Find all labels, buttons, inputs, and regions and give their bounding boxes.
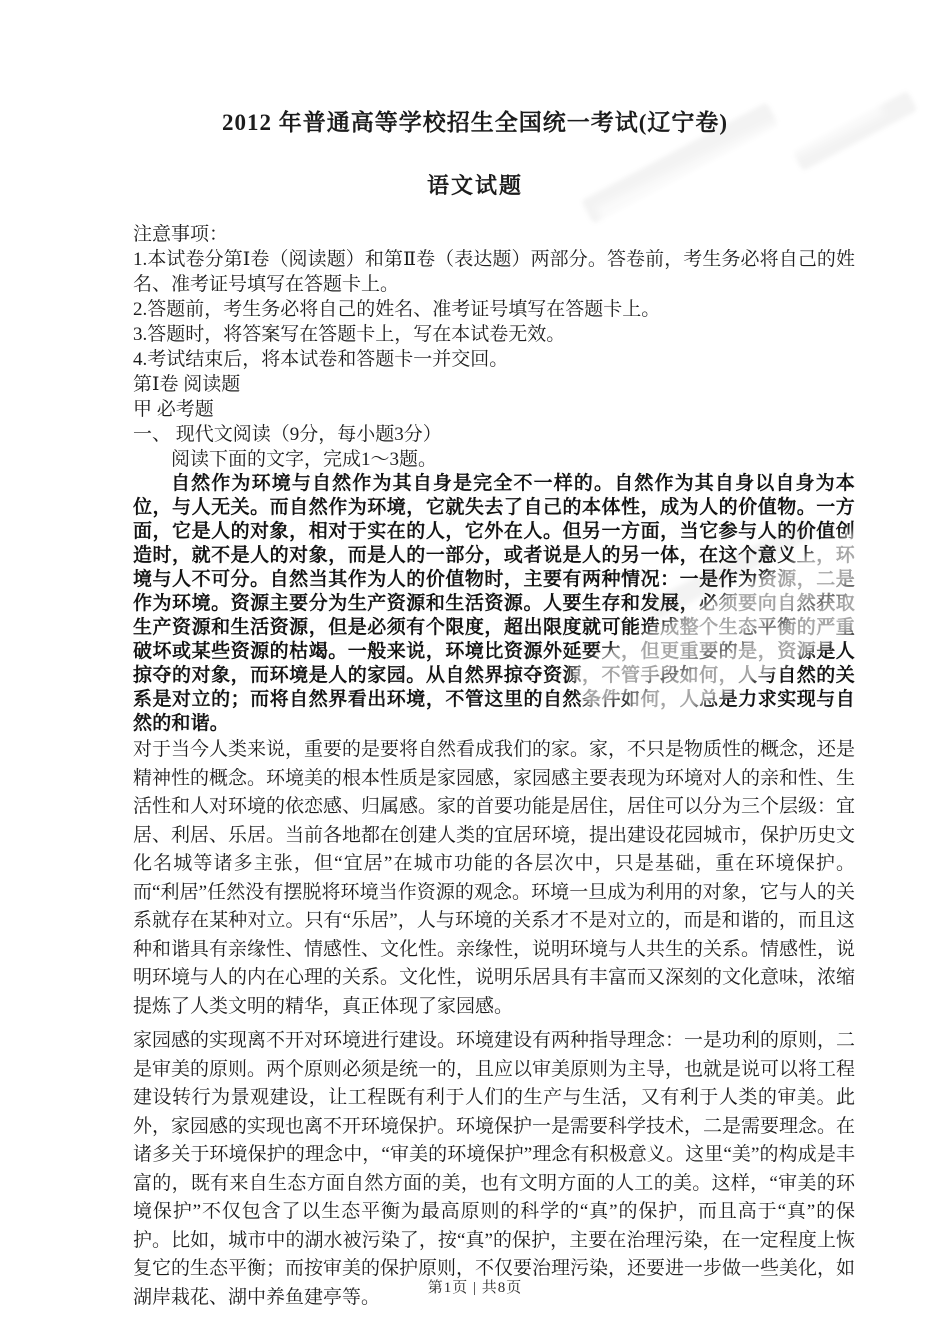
- section-heading: 一、 现代文阅读（9分，每小题3分）: [133, 422, 855, 447]
- notice-item: 3.答题时，将答案写在答题卡上，写在本试卷无效。: [133, 322, 855, 347]
- notice-block: 注意事项： 1.本试卷分第Ⅰ卷（阅读题）和第Ⅱ卷（表达题）两部分。答卷前，考生务…: [133, 222, 855, 372]
- notice-item: 1.本试卷分第Ⅰ卷（阅读题）和第Ⅱ卷（表达题）两部分。答卷前，考生务必将自己的姓…: [133, 247, 855, 297]
- reading-instruction: 阅读下面的文字，完成1～3题。: [133, 447, 855, 472]
- document-body: 注意事项： 1.本试卷分第Ⅰ卷（阅读题）和第Ⅱ卷（表达题）两部分。答卷前，考生务…: [133, 222, 855, 1312]
- notice-item: 2.答题前，考生务必将自己的姓名、准考证号填写在答题卡上。: [133, 297, 855, 322]
- page-indicator: 第1页 | 共8页: [428, 1280, 523, 1296]
- notice-heading: 注意事项：: [133, 222, 855, 247]
- passage-paragraph-bold: 自然作为环境与自然作为其自身是完全不一样的。自然作为其自身以自身为本位，与人无关…: [133, 472, 855, 736]
- volume-heading: 第Ⅰ卷 阅读题: [133, 372, 855, 397]
- exam-subtitle: 语文试题: [0, 172, 950, 200]
- part-heading: 甲 必考题: [133, 397, 855, 422]
- exam-title: 2012 年普通高等学校招生全国统一考试(辽宁卷): [0, 108, 950, 138]
- exam-paper-page: 2012 年普通高等学校招生全国统一考试(辽宁卷) 语文试题 注意事项： 1.本…: [0, 0, 950, 1344]
- page-header: 2012 年普通高等学校招生全国统一考试(辽宁卷) 语文试题: [0, 0, 950, 200]
- passage-paragraph: 对于当今人类来说，重要的是要将自然看成我们的家。家，不只是物质性的概念，还是精神…: [133, 736, 855, 1021]
- page-footer: 第1页 | 共8页: [0, 1276, 950, 1297]
- notice-item: 4.考试结束后，将本试卷和答题卡一并交回。: [133, 347, 855, 372]
- passage-paragraph: 家园感的实现离不开对环境进行建设。环境建设有两种指导理念：一是功利的原则，二是审…: [133, 1027, 855, 1312]
